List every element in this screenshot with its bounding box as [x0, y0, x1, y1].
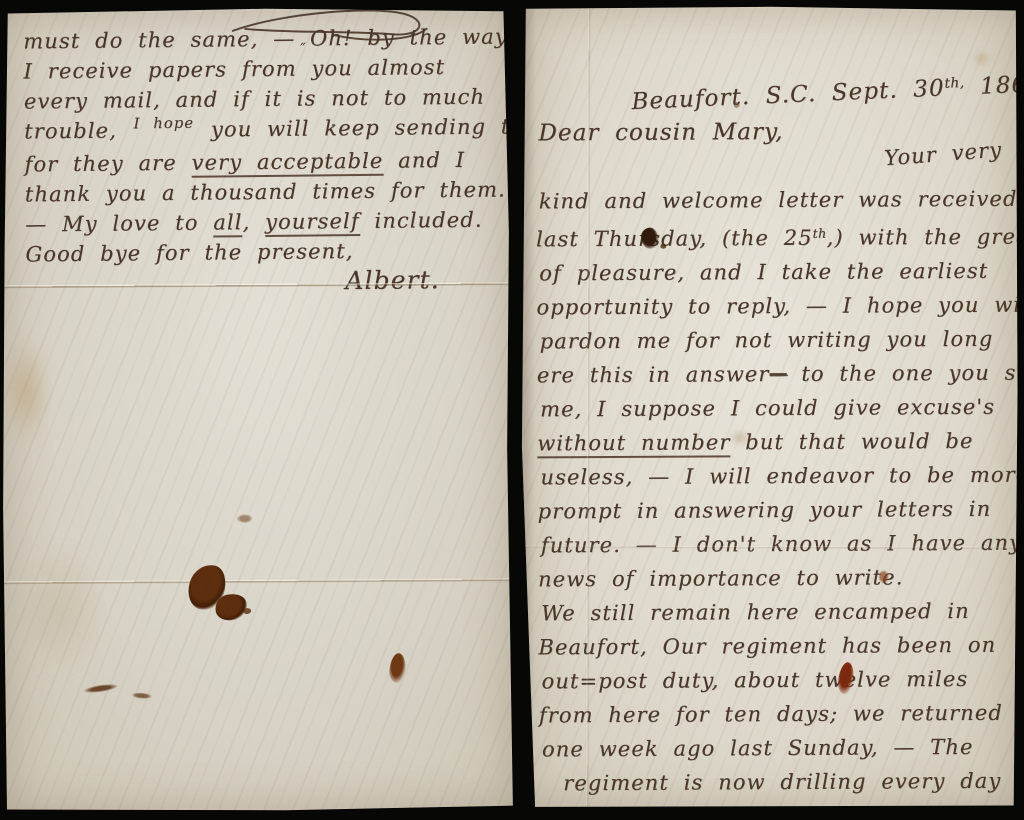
- letter-text: useless, — I will endeavor to be more: [540, 462, 1018, 489]
- letter-text: ––: [769, 361, 786, 385]
- letter-text: out=post duty, about twelve miles: [542, 666, 969, 692]
- signature: Albert.: [26, 264, 515, 299]
- letter-text: must do the same, — Oh! by the way,: [23, 24, 513, 53]
- dateline: Beaufort. S.C. Sept. 30th, 1862,: [631, 63, 1019, 119]
- letter-text: future. — I don't know as I have any: [541, 530, 1019, 557]
- letter-line: from here for ten days; we returned: [539, 695, 1019, 732]
- letter-line: one week ago last Sunday, — The: [542, 729, 1019, 766]
- letter-line: pardon me for not writing you long: [540, 321, 1019, 358]
- letter-text: pardon me for not writing you long: [540, 326, 994, 353]
- letter-line: out=post duty, about twelve miles: [542, 661, 1019, 698]
- letter-text: 1862,: [964, 71, 1019, 101]
- letter-text: ,) with the greatest: [827, 224, 1019, 249]
- age-stain: [4, 335, 51, 447]
- ink-stain: [388, 652, 407, 683]
- letter-text: me, I suppose I could give excuse's: [540, 394, 995, 421]
- letter-text: opportunity to reply, — I hope you will: [536, 292, 1018, 319]
- letter-text: from here for ten days; we returned: [539, 700, 1003, 727]
- letter-text: thank you a thousand times for them.: [25, 177, 506, 206]
- ink-stain: [243, 608, 251, 614]
- letter-line: without number but that would be: [537, 423, 1019, 460]
- letter-text: Your very: [883, 137, 1002, 170]
- underlined-text: yourself: [265, 209, 360, 237]
- letter-text: prompt in answering your letters in: [538, 496, 992, 523]
- letter-line: useless, — I will endeavor to be more: [540, 457, 1019, 494]
- letter-text: regiment is now drilling every day on: [563, 768, 1019, 795]
- left-page: must do the same, — Oh! by the way,I rec…: [0, 6, 514, 813]
- letter-line: trouble, I hope you will keep sending th…: [24, 111, 514, 149]
- letter-text: ,: [242, 210, 265, 234]
- letter-text: trouble,: [24, 118, 132, 143]
- ink-stain: [132, 692, 152, 700]
- letter-text: We still remain here encamped in: [541, 598, 970, 624]
- left-page-text: must do the same, — Oh! by the way,I rec…: [0, 6, 514, 299]
- letter-text: to the one you sent: [786, 360, 1018, 386]
- letter-line: future. — I don't know as I have any: [541, 525, 1019, 562]
- letter-text: th,: [944, 75, 965, 92]
- age-stain: [11, 545, 108, 676]
- letter-text: of pleasure, and I take the earliest: [539, 258, 988, 285]
- ink-stain: [83, 683, 118, 695]
- fold-crease: [3, 578, 513, 584]
- letter-text: included.: [360, 208, 483, 233]
- underlined-text: all: [213, 210, 243, 237]
- letter-text: Beaufort. S.C. Sept. 30: [631, 75, 945, 115]
- letter-line: We still remain here encamped in: [541, 593, 1019, 630]
- letter-text: last Thursday, (the 25: [536, 225, 813, 251]
- letter-line: regiment is now drilling every day on: [563, 763, 1019, 800]
- ink-stain: [237, 514, 253, 523]
- letter-text: Dear cousin Mary,: [538, 119, 783, 146]
- letter-text: and I: [383, 148, 465, 173]
- letter-text: but that would be: [730, 428, 973, 453]
- ink-stain: [213, 591, 250, 623]
- letter-text: news of importance to write.: [538, 565, 904, 591]
- letter-text: Albert.: [345, 265, 440, 295]
- letter-line: Beaufort, Our regiment has been on: [538, 627, 1019, 664]
- letter-text: Good bye for the present,: [25, 239, 353, 266]
- letter-text: you will keep sending them: [196, 114, 514, 142]
- underlined-text: very acceptable: [191, 149, 383, 178]
- letter-line: me, I suppose I could give excuse's: [540, 389, 1019, 426]
- letter-line: of pleasure, and I take the earliest: [539, 253, 1019, 290]
- letter-line: news of importance to write.: [538, 559, 1019, 596]
- letter-text: ere this in answer: [537, 362, 770, 387]
- letter-line: ere this in answer–– to the one you sent: [537, 355, 1019, 392]
- letter-text: I receive papers from you almost: [23, 55, 445, 83]
- letter-line: last Thursday, (the 25th,) with the grea…: [536, 215, 1019, 256]
- letter-text: one week ago last Sunday, — The: [542, 734, 974, 760]
- photo-background: must do the same, — Oh! by the way,I rec…: [0, 0, 1024, 820]
- letter-text: th: [813, 225, 827, 240]
- underlined-text: without number: [537, 430, 730, 458]
- letter-text: for they are: [24, 151, 191, 177]
- ink-stain: [184, 560, 231, 614]
- right-page: Beaufort. S.C. Sept. 30th, 1862,Dear cou…: [520, 5, 1019, 809]
- right-page-text: Beaufort. S.C. Sept. 30th, 1862,Dear cou…: [520, 5, 1019, 800]
- letter-line: opportunity to reply, — I hope you will: [536, 287, 1018, 324]
- letter-line: — My love to all, yourself included.: [25, 204, 514, 239]
- letter-text: I hope: [134, 115, 195, 133]
- letter-text: Beaufort, Our regiment has been on: [538, 632, 996, 659]
- letter-line: prompt in answering your letters in: [538, 491, 1019, 528]
- letter-text: — My love to: [25, 211, 213, 237]
- letter-text: every mail, and if it is not to much: [24, 85, 485, 114]
